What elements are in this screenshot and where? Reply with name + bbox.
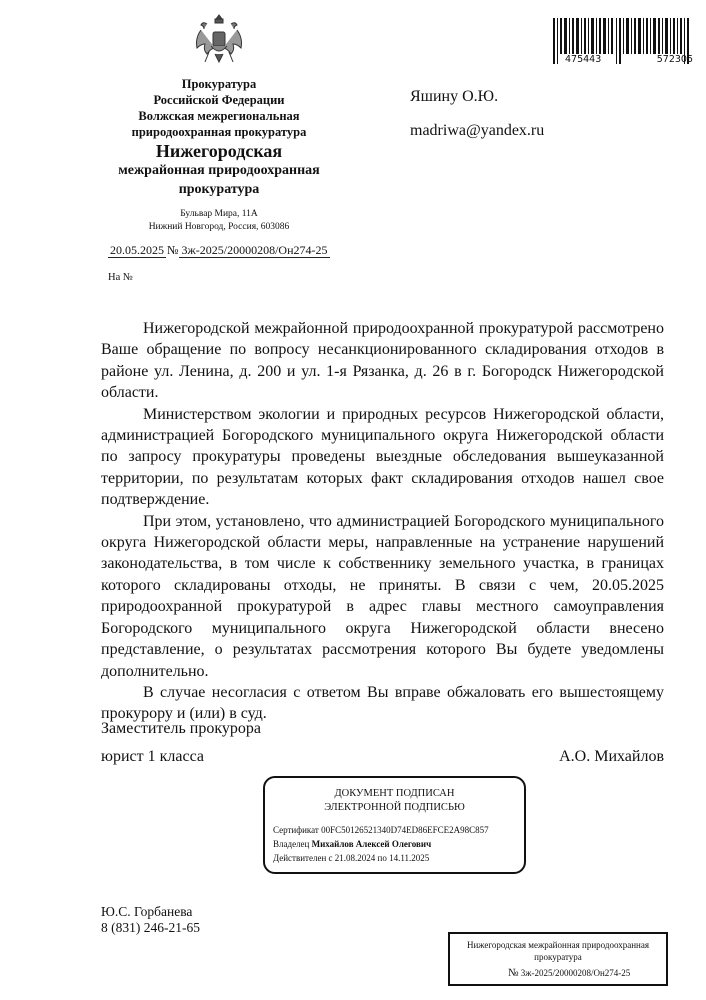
owner-value: Михайлов Алексей Олегович: [312, 839, 432, 849]
stamp-number-value: 3ж-2025/20000208/Он274-25: [521, 968, 631, 978]
addressee-name: Яшину О.Ю.: [410, 80, 544, 114]
letterhead-org-name: Нижегородская: [86, 141, 352, 161]
executor-name: Ю.С. Горбанева: [101, 904, 200, 920]
esign-title: ДОКУМЕНТ ПОДПИСАН ЭЛЕКТРОННОЙ ПОДПИСЬЮ: [265, 787, 524, 815]
number-sign: №: [167, 243, 178, 257]
registration-stamp: Нижегородская межрайонная природоохранна…: [448, 932, 668, 986]
position-line: Заместитель прокурора: [101, 715, 261, 743]
letterhead-line: Российской Федерации: [86, 92, 352, 108]
letterhead-line: Прокуратура: [86, 76, 352, 92]
stamp-number: № 3ж-2025/20000208/Он274-25: [450, 967, 666, 979]
body-paragraph: Нижегородской межрайонной природоохранно…: [101, 318, 664, 404]
executor-block: Ю.С. Горбанева 8 (831) 246-21-65: [101, 904, 200, 936]
letterhead-line: природоохранная прокуратура: [86, 124, 352, 140]
stamp-org-line: прокуратура: [450, 951, 666, 963]
electronic-signature-stamp: ДОКУМЕНТ ПОДПИСАН ЭЛЕКТРОННОЙ ПОДПИСЬЮ С…: [263, 776, 526, 874]
barcode-right-digits: 572305: [657, 54, 693, 65]
position-line: юрист 1 класса: [101, 743, 261, 771]
valid-from: 21.08.2024: [335, 853, 376, 863]
esign-title-line: ДОКУМЕНТ ПОДПИСАН: [265, 787, 524, 801]
stamp-number-sign: №: [508, 967, 519, 979]
owner-label: Владелец: [273, 839, 309, 849]
stamp-org-line: Нижегородская межрайонная природоохранна…: [450, 939, 666, 951]
letterhead-line: прокуратура: [86, 180, 352, 199]
barcode-digits: 475443 572305: [565, 54, 693, 65]
esign-title-line: ЭЛЕКТРОННОЙ ПОДПИСЬЮ: [265, 801, 524, 815]
letterhead-line: межрайонная природоохранная: [86, 161, 352, 180]
letter-body: Нижегородской межрайонной природоохранно…: [101, 318, 664, 725]
valid-label: Действителен с: [273, 853, 333, 863]
registration-line: 20.05.2025№3ж-2025/20000208/Он274-25: [108, 243, 330, 258]
certificate-label: Сертификат: [273, 825, 319, 835]
signatory-position: Заместитель прокурора юрист 1 класса: [101, 715, 261, 771]
body-paragraph: Министерством экологии и природных ресур…: [101, 404, 664, 511]
registration-date: 20.05.2025: [108, 243, 166, 258]
address-city: Нижний Новгород, Россия, 603086: [86, 221, 352, 234]
addressee-block: Яшину О.Ю. madriwa@yandex.ru: [410, 80, 544, 148]
valid-to-label: по: [378, 853, 387, 863]
reply-to-label: На №: [108, 272, 133, 283]
esign-owner: Владелец Михайлов Алексей Олегович: [273, 839, 431, 849]
valid-to: 14.11.2025: [389, 853, 429, 863]
certificate-value: 00FC50126521340D74ED86EFCE2A98C857: [321, 825, 489, 835]
barcode-left-digits: 475443: [565, 54, 601, 65]
body-paragraph: При этом, установлено, что администрацие…: [101, 511, 664, 682]
esign-validity: Действителен с 21.08.2024 по 14.11.2025: [273, 853, 429, 863]
letterhead: Прокуратура Российской Федерации Волжска…: [86, 76, 352, 199]
address-street: Бульвар Мира, 11А: [86, 208, 352, 221]
letterhead-line: Волжская межрегиональная: [86, 108, 352, 124]
signatory-name: А.О. Михайлов: [559, 743, 664, 771]
registration-number: 3ж-2025/20000208/Он274-25: [179, 243, 329, 258]
executor-phone: 8 (831) 246-21-65: [101, 920, 200, 936]
coat-of-arms-icon: [193, 12, 245, 68]
addressee-email: madriwa@yandex.ru: [410, 114, 544, 148]
org-address: Бульвар Мира, 11А Нижний Новгород, Росси…: [86, 208, 352, 234]
esign-certificate: Сертификат 00FC50126521340D74ED86EFCE2A9…: [273, 825, 489, 835]
